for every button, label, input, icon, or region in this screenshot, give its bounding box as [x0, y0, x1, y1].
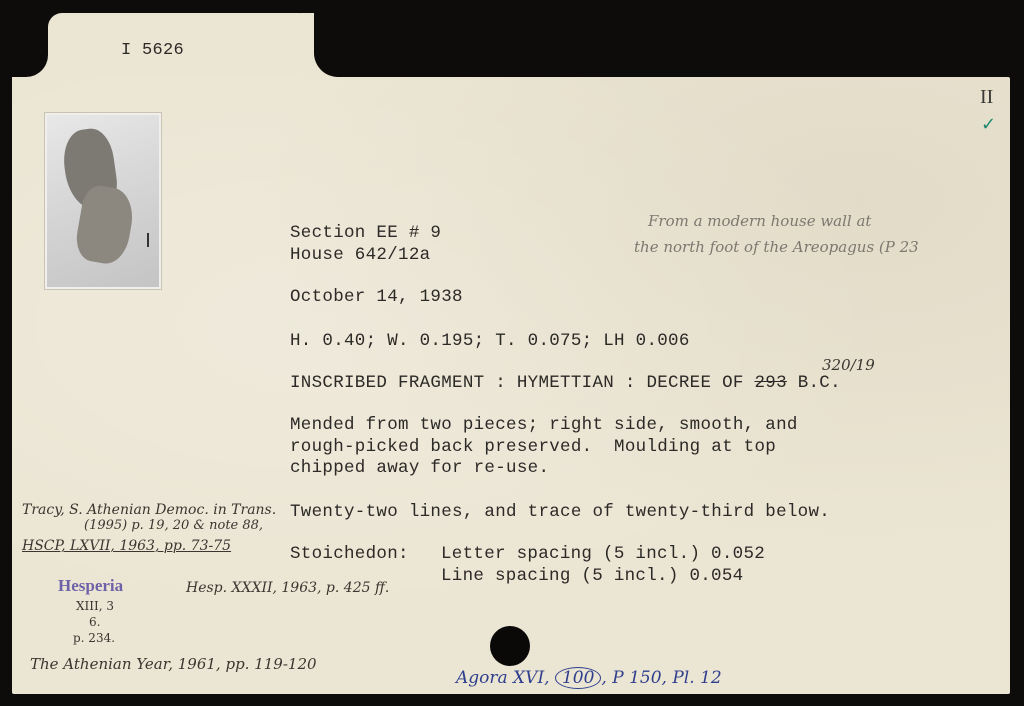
bib-hscp: HSCP, LXVII, 1963, pp. 73-75: [22, 538, 231, 554]
check-mark-icon: ✓: [981, 114, 996, 135]
bib-tracy-line2: (1995) p. 19, 20 & note 88,: [84, 518, 263, 533]
struck-date: 293: [754, 373, 786, 393]
fragment-photo: [44, 112, 162, 290]
hesperia-number: 6.: [89, 615, 100, 629]
description-line2: rough-picked back preserved. Moulding at…: [290, 437, 776, 457]
classification-prefix: INSCRIBED FRAGMENT : HYMETTIAN : DECREE …: [290, 373, 754, 393]
house-label: House 642/12a: [290, 245, 430, 265]
location-note-line2: the north foot of the Areopagus (P 23: [634, 238, 919, 256]
description-line3: chipped away for re-use.: [290, 458, 549, 478]
corrected-date: 320/19: [822, 356, 875, 374]
dimensions: H. 0.40; W. 0.195; T. 0.075; LH 0.006: [290, 331, 690, 351]
date-label: October 14, 1938: [290, 287, 463, 307]
hesperia-page: p. 234.: [73, 631, 115, 645]
photo-image: [47, 115, 159, 287]
corner-mark: II: [980, 86, 993, 109]
hesperia-stamp: Hesperia: [58, 576, 123, 596]
location-note-line1: From a modern house wall at: [648, 212, 871, 230]
section-label: Section EE # 9: [290, 223, 441, 243]
agora-prefix: Agora XVI,: [456, 668, 555, 688]
classification-suffix: B.C.: [787, 373, 841, 393]
card-tab-left-shoulder: [12, 40, 62, 80]
bib-agora: Agora XVI, 100, P 150, Pl. 12: [456, 668, 722, 688]
hesperia-volume: XIII, 3: [76, 599, 114, 613]
catalog-number: I 5626: [121, 41, 184, 60]
lines-note: Twenty-two lines, and trace of twenty-th…: [290, 502, 830, 522]
bib-hesp-ref: Hesp. XXXII, 1963, p. 425 ff.: [186, 580, 389, 596]
line-spacing: Line spacing (5 incl.) 0.054: [441, 566, 743, 586]
punch-hole: [490, 626, 530, 666]
bib-tracy-line1: Tracy, S. Athenian Democ. in Trans.: [22, 502, 276, 518]
letter-spacing: Letter spacing (5 incl.) 0.052: [441, 544, 765, 564]
description-line1: Mended from two pieces; right side, smoo…: [290, 415, 798, 435]
bib-athenian-year: The Athenian Year, 1961, pp. 119-120: [30, 655, 317, 673]
classification: INSCRIBED FRAGMENT : HYMETTIAN : DECREE …: [290, 373, 841, 393]
agora-circled-number: 100: [555, 667, 601, 689]
stoichedon-label: Stoichedon:: [290, 544, 409, 564]
agora-suffix: , P 150, Pl. 12: [601, 668, 721, 688]
scale-bar-icon: [147, 233, 149, 247]
card-tab-right-shoulder: [300, 13, 350, 81]
